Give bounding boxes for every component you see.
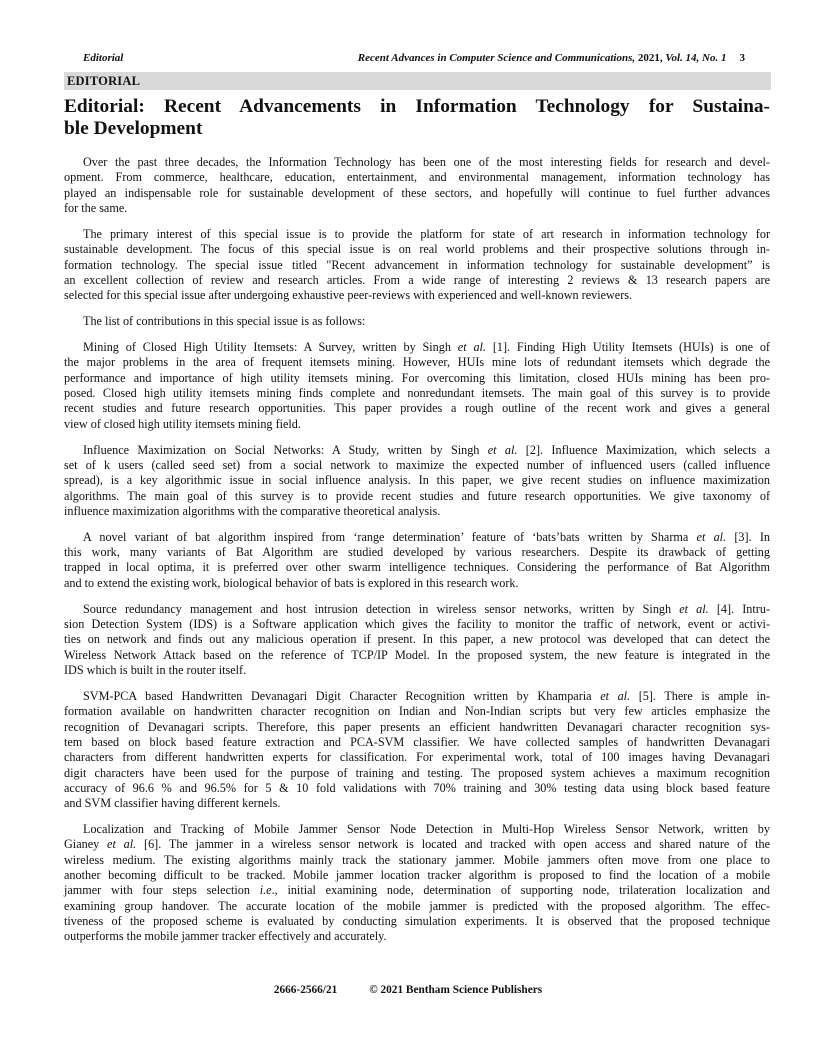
text-line: the major problems in the area of freque…	[64, 355, 770, 370]
page-number: 3	[740, 52, 746, 64]
text-line: The list of contributions in this specia…	[64, 314, 770, 329]
text-line: and SVM classifier having different kern…	[64, 796, 770, 811]
text-line: digit characters have been used for the …	[64, 766, 770, 781]
text-line: Gianey et al. [6]. The jammer in a wirel…	[64, 837, 770, 852]
text-line: tem based on block based feature extract…	[64, 735, 770, 750]
paragraph: Localization and Tracking of Mobile Jamm…	[64, 822, 770, 945]
text-line: recent studies and future research oppor…	[64, 401, 770, 416]
paragraph: Mining of Closed High Utility Itemsets: …	[64, 340, 770, 432]
text-line: jammer with four steps selection i.e., i…	[64, 883, 770, 898]
text-line: recognition of Devanagari scripts. There…	[64, 720, 770, 735]
text-line: IDS which is built in the router itself.	[64, 663, 770, 678]
journal-page: Editorial Recent Advances in Computer Sc…	[0, 0, 816, 1056]
text-line: opment. From commerce, healthcare, educa…	[64, 170, 770, 185]
text-line: posed. Closed high utility itemsets mini…	[64, 386, 770, 401]
section-banner-label: EDITORIAL	[67, 74, 140, 88]
text-line: algorithms. The main goal of this survey…	[64, 489, 770, 504]
text-line: trapped in local optima, it is preferred…	[64, 560, 770, 575]
text-line: influence maximization algorithms with t…	[64, 504, 770, 519]
text-line: this work, many variants of Bat Algorith…	[64, 545, 770, 560]
text-line: Localization and Tracking of Mobile Jamm…	[64, 822, 770, 837]
running-head-citation: Recent Advances in Computer Science and …	[358, 52, 745, 64]
text-line: view of closed high utility itemsets min…	[64, 417, 770, 432]
text-line: outperforms the mobile jammer tracker ef…	[64, 929, 770, 944]
text-line: another becoming difficult to be tracked…	[64, 868, 770, 883]
text-line: Over the past three decades, the Informa…	[64, 155, 770, 170]
section-banner: EDITORIAL	[64, 72, 771, 90]
text-line: set of k users (called seed set) from a …	[64, 458, 770, 473]
paragraph: SVM-PCA based Handwritten Devanagari Dig…	[64, 689, 770, 812]
text-line: sion Detection System (IDS) is a Softwar…	[64, 617, 770, 632]
text-line: SVM-PCA based Handwritten Devanagari Dig…	[64, 689, 770, 704]
text-line: accuracy of 96.6 % and 96.5% for 5 & 10 …	[64, 781, 770, 796]
title-line: ble Development	[64, 118, 770, 140]
copyright-notice: © 2021 Bentham Science Publishers	[369, 984, 542, 996]
paragraph: A novel variant of bat algorithm inspire…	[64, 530, 770, 591]
text-line: formation technology. The special issue …	[64, 258, 770, 273]
text-line: formation available on handwritten chara…	[64, 704, 770, 719]
running-head: Editorial Recent Advances in Computer Sc…	[83, 52, 745, 64]
page-footer: 2666-2566/21 © 2021 Bentham Science Publ…	[0, 984, 816, 996]
paragraph: The primary interest of this special iss…	[64, 227, 770, 304]
text-line: examining group handover. The accurate l…	[64, 899, 770, 914]
text-line: wireless medium. The existing algorithms…	[64, 853, 770, 868]
text-line: characters from different handwritten ex…	[64, 750, 770, 765]
text-line: Source redundancy management and host in…	[64, 602, 770, 617]
paragraph: Source redundancy management and host in…	[64, 602, 770, 679]
text-line: The primary interest of this special iss…	[64, 227, 770, 242]
text-line: tiveness of the proposed scheme is evalu…	[64, 914, 770, 929]
journal-year: 2021,	[638, 52, 663, 64]
text-line: and to extend the existing work, biologi…	[64, 576, 770, 591]
text-line: spread), is a key algorithmic issue in s…	[64, 473, 770, 488]
text-line: performance and importance of high utili…	[64, 371, 770, 386]
running-head-section: Editorial	[83, 52, 123, 64]
text-line: played an indispensable role for sustain…	[64, 186, 770, 201]
paragraph: Influence Maximization on Social Network…	[64, 443, 770, 520]
title-line: Editorial: Recent Advancements in Inform…	[64, 96, 770, 118]
text-line: selected for this special issue after un…	[64, 288, 770, 303]
paragraph: The list of contributions in this specia…	[64, 314, 770, 329]
body-paragraphs: Over the past three decades, the Informa…	[64, 155, 770, 955]
journal-volume: Vol. 14, No. 1	[665, 52, 726, 64]
text-line: A novel variant of bat algorithm inspire…	[64, 530, 770, 545]
text-line: an excellent collection of review and re…	[64, 273, 770, 288]
text-line: Wireless Network Attack based on the ref…	[64, 648, 770, 663]
text-line: Mining of Closed High Utility Itemsets: …	[64, 340, 770, 355]
text-line: Influence Maximization on Social Network…	[64, 443, 770, 458]
journal-name: Recent Advances in Computer Science and …	[358, 52, 635, 64]
article-title: Editorial: Recent Advancements in Inform…	[64, 96, 770, 139]
text-line: sustainable development. The focus of th…	[64, 242, 770, 257]
paragraph: Over the past three decades, the Informa…	[64, 155, 770, 216]
issn-code: 2666-2566/21	[274, 984, 337, 996]
text-line: for the same.	[64, 201, 770, 216]
text-line: ties on network and finds out any malici…	[64, 632, 770, 647]
